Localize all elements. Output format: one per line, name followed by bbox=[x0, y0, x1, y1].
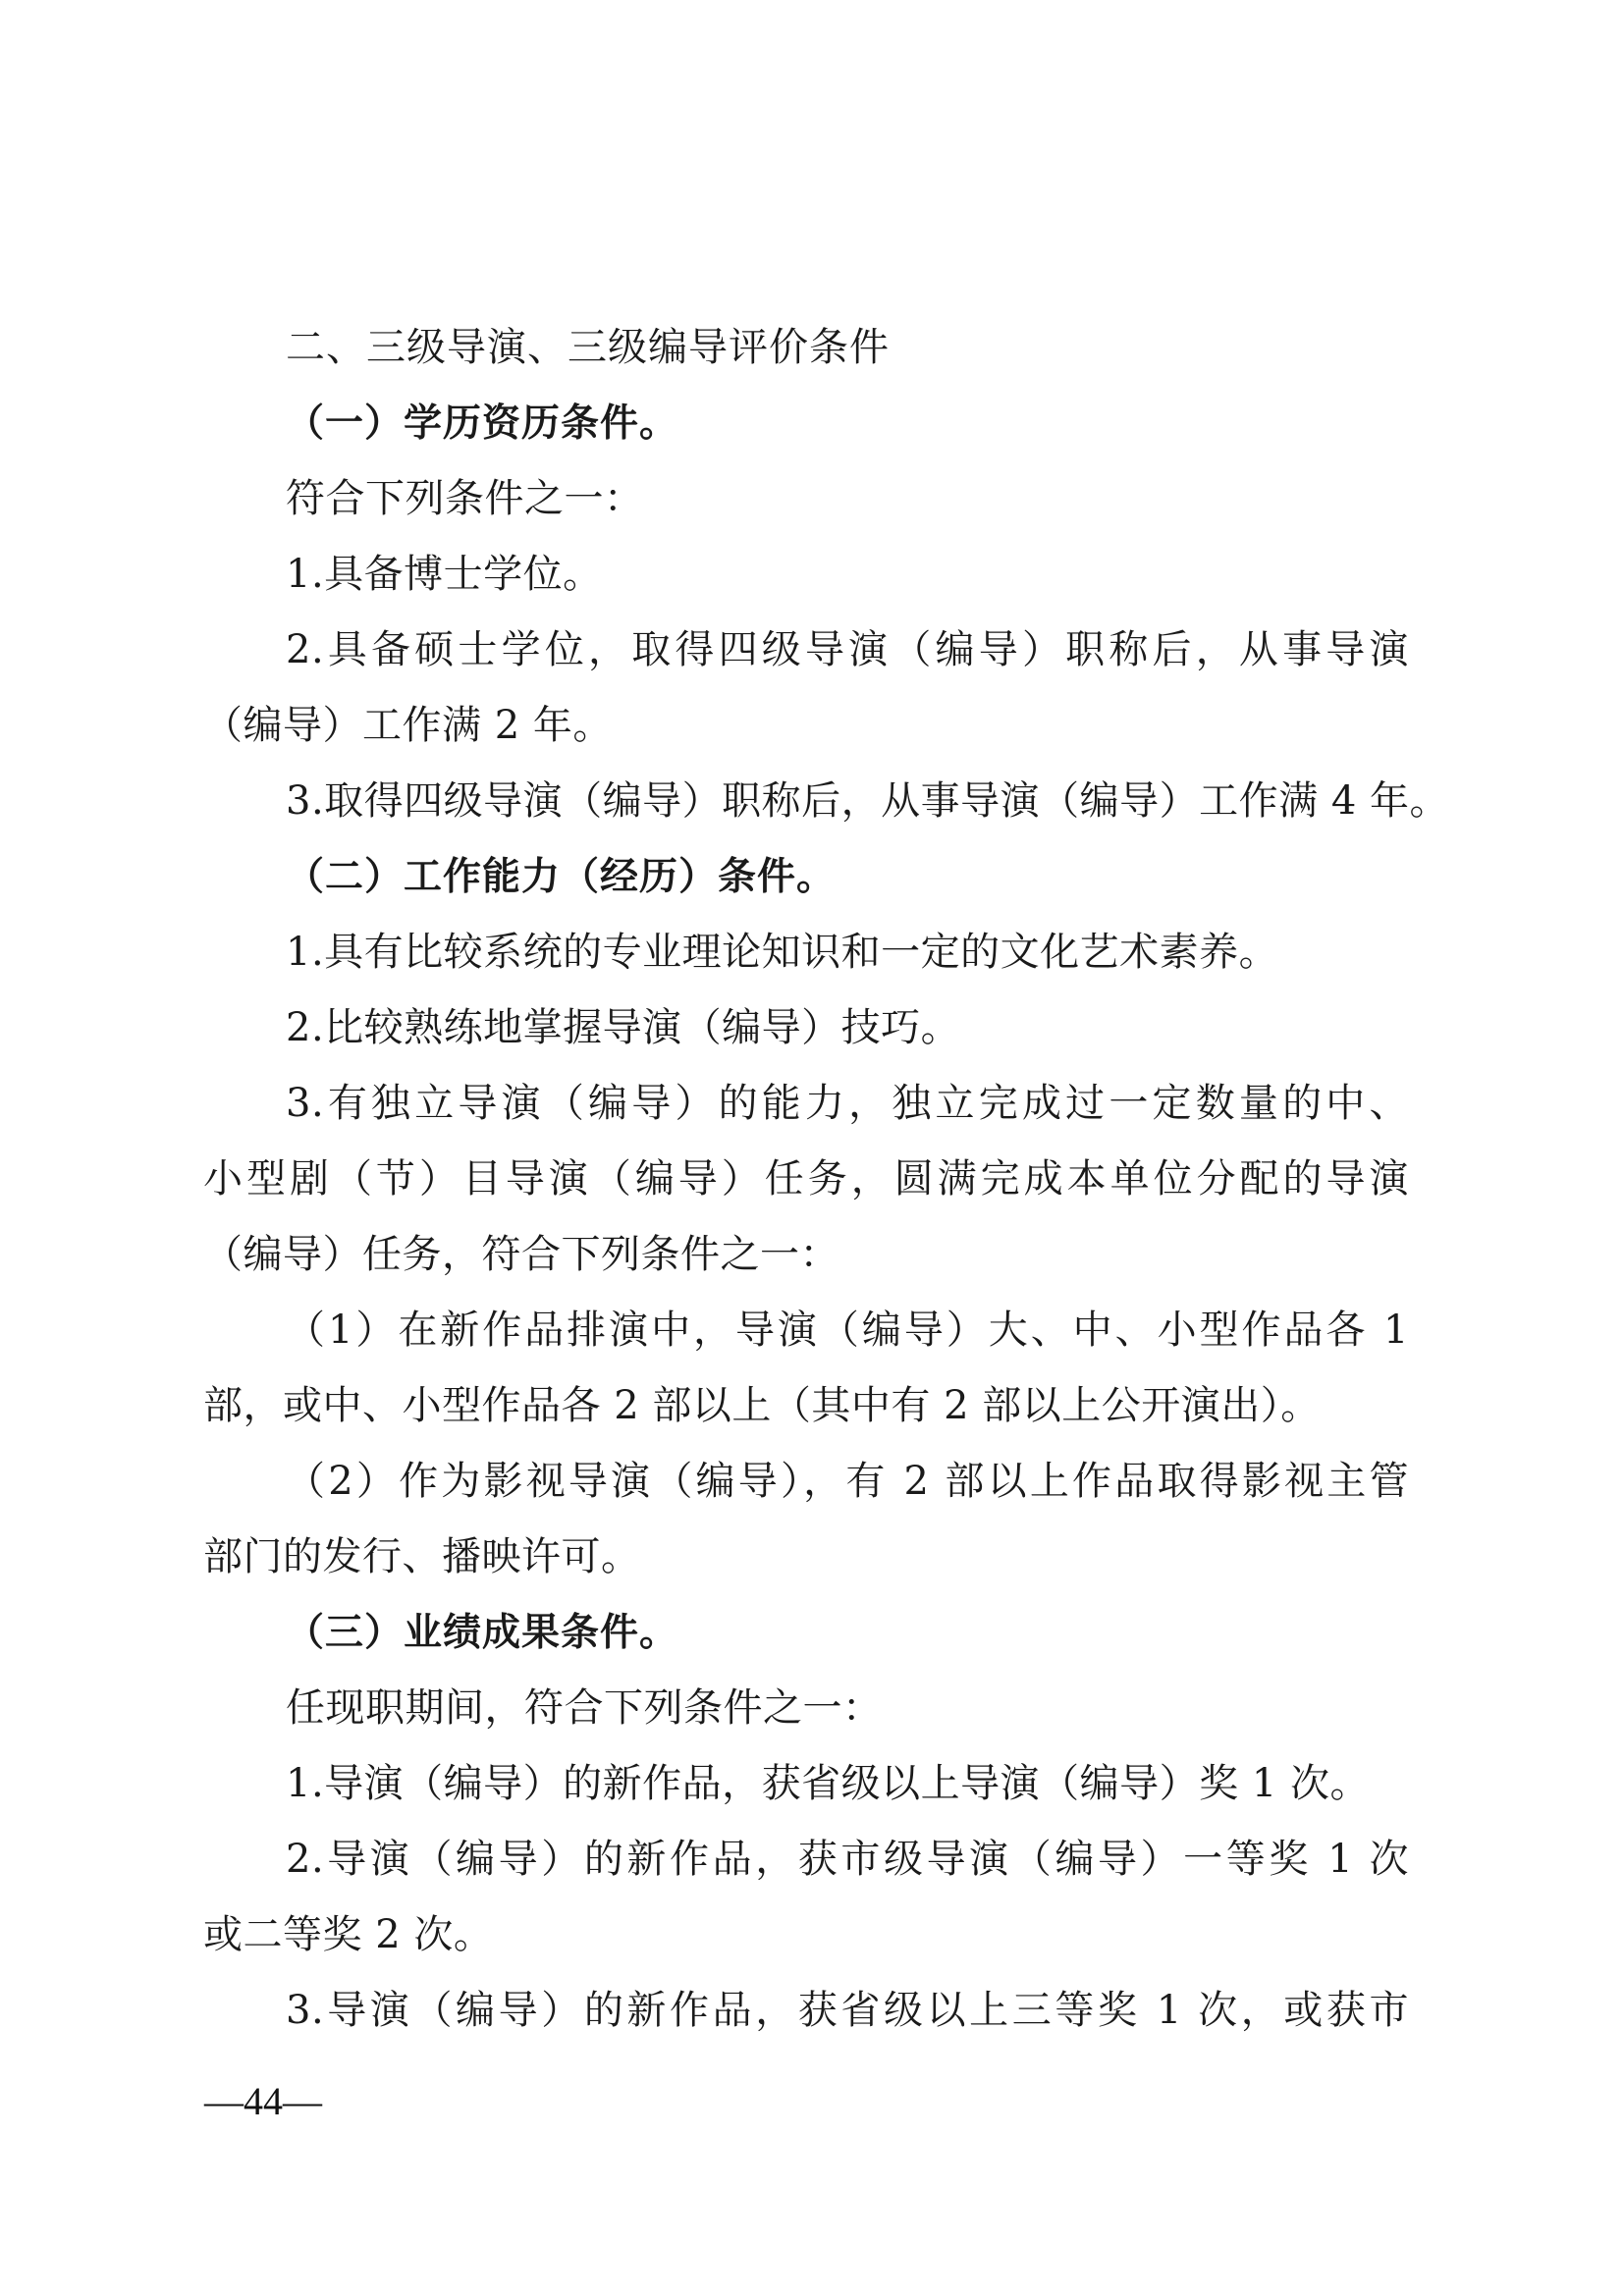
document-body: 二、三级导演、三级编导评价条件 （一）学历资历条件。 符合下列条件之一： 1.具… bbox=[203, 310, 1409, 2049]
list-item: 1.导演（编导）的新作品，获省级以上导演（编导）奖 1 次。 bbox=[203, 1746, 1409, 1822]
list-item: 3.有独立导演（编导）的能力，独立完成过一定数量的中、 bbox=[203, 1066, 1409, 1142]
list-item: 1.具备博士学位。 bbox=[203, 537, 1409, 613]
list-item-continuation: （编导）工作满 2 年。 bbox=[203, 688, 1409, 764]
document-page: 二、三级导演、三级编导评价条件 （一）学历资历条件。 符合下列条件之一： 1.具… bbox=[0, 0, 1623, 2296]
page-number: —44— bbox=[204, 2078, 322, 2125]
list-item: 1.具有比较系统的专业理论知识和一定的文化艺术素养。 bbox=[203, 915, 1409, 990]
sub-list-item-continuation: 部门的发行、播映许可。 bbox=[203, 1520, 1409, 1595]
subsection-intro: 任现职期间，符合下列条件之一： bbox=[203, 1671, 1409, 1746]
subsection-intro: 符合下列条件之一： bbox=[203, 461, 1409, 537]
list-item-continuation: 小型剧（节）目导演（编导）任务，圆满完成本单位分配的导演 bbox=[203, 1142, 1409, 1217]
subsection-heading-education: （一）学历资历条件。 bbox=[203, 386, 1409, 461]
subsection-heading-achievements: （三）业绩成果条件。 bbox=[203, 1595, 1409, 1671]
list-item: 2.导演（编导）的新作品，获市级导演（编导）一等奖 1 次 bbox=[203, 1822, 1409, 1897]
list-item: 2.具备硕士学位，取得四级导演（编导）职称后，从事导演 bbox=[203, 613, 1409, 688]
list-item-continuation: （编导）任务，符合下列条件之一： bbox=[203, 1217, 1409, 1293]
section-title: 二、三级导演、三级编导评价条件 bbox=[203, 310, 1409, 386]
list-item: 3.取得四级导演（编导）职称后，从事导演（编导）工作满 4 年。 bbox=[203, 764, 1409, 839]
list-item: 3.导演（编导）的新作品，获省级以上三等奖 1 次，或获市 bbox=[203, 1973, 1409, 2049]
sub-list-item: （1）在新作品排演中，导演（编导）大、中、小型作品各 1 bbox=[203, 1293, 1409, 1368]
list-item: 2.比较熟练地掌握导演（编导）技巧。 bbox=[203, 990, 1409, 1066]
subsection-heading-ability: （二）工作能力（经历）条件。 bbox=[203, 839, 1409, 915]
list-item-continuation: 或二等奖 2 次。 bbox=[203, 1897, 1409, 1973]
sub-list-item-continuation: 部，或中、小型作品各 2 部以上（其中有 2 部以上公开演出）。 bbox=[203, 1368, 1409, 1444]
sub-list-item: （2）作为影视导演（编导），有 2 部以上作品取得影视主管 bbox=[203, 1444, 1409, 1520]
